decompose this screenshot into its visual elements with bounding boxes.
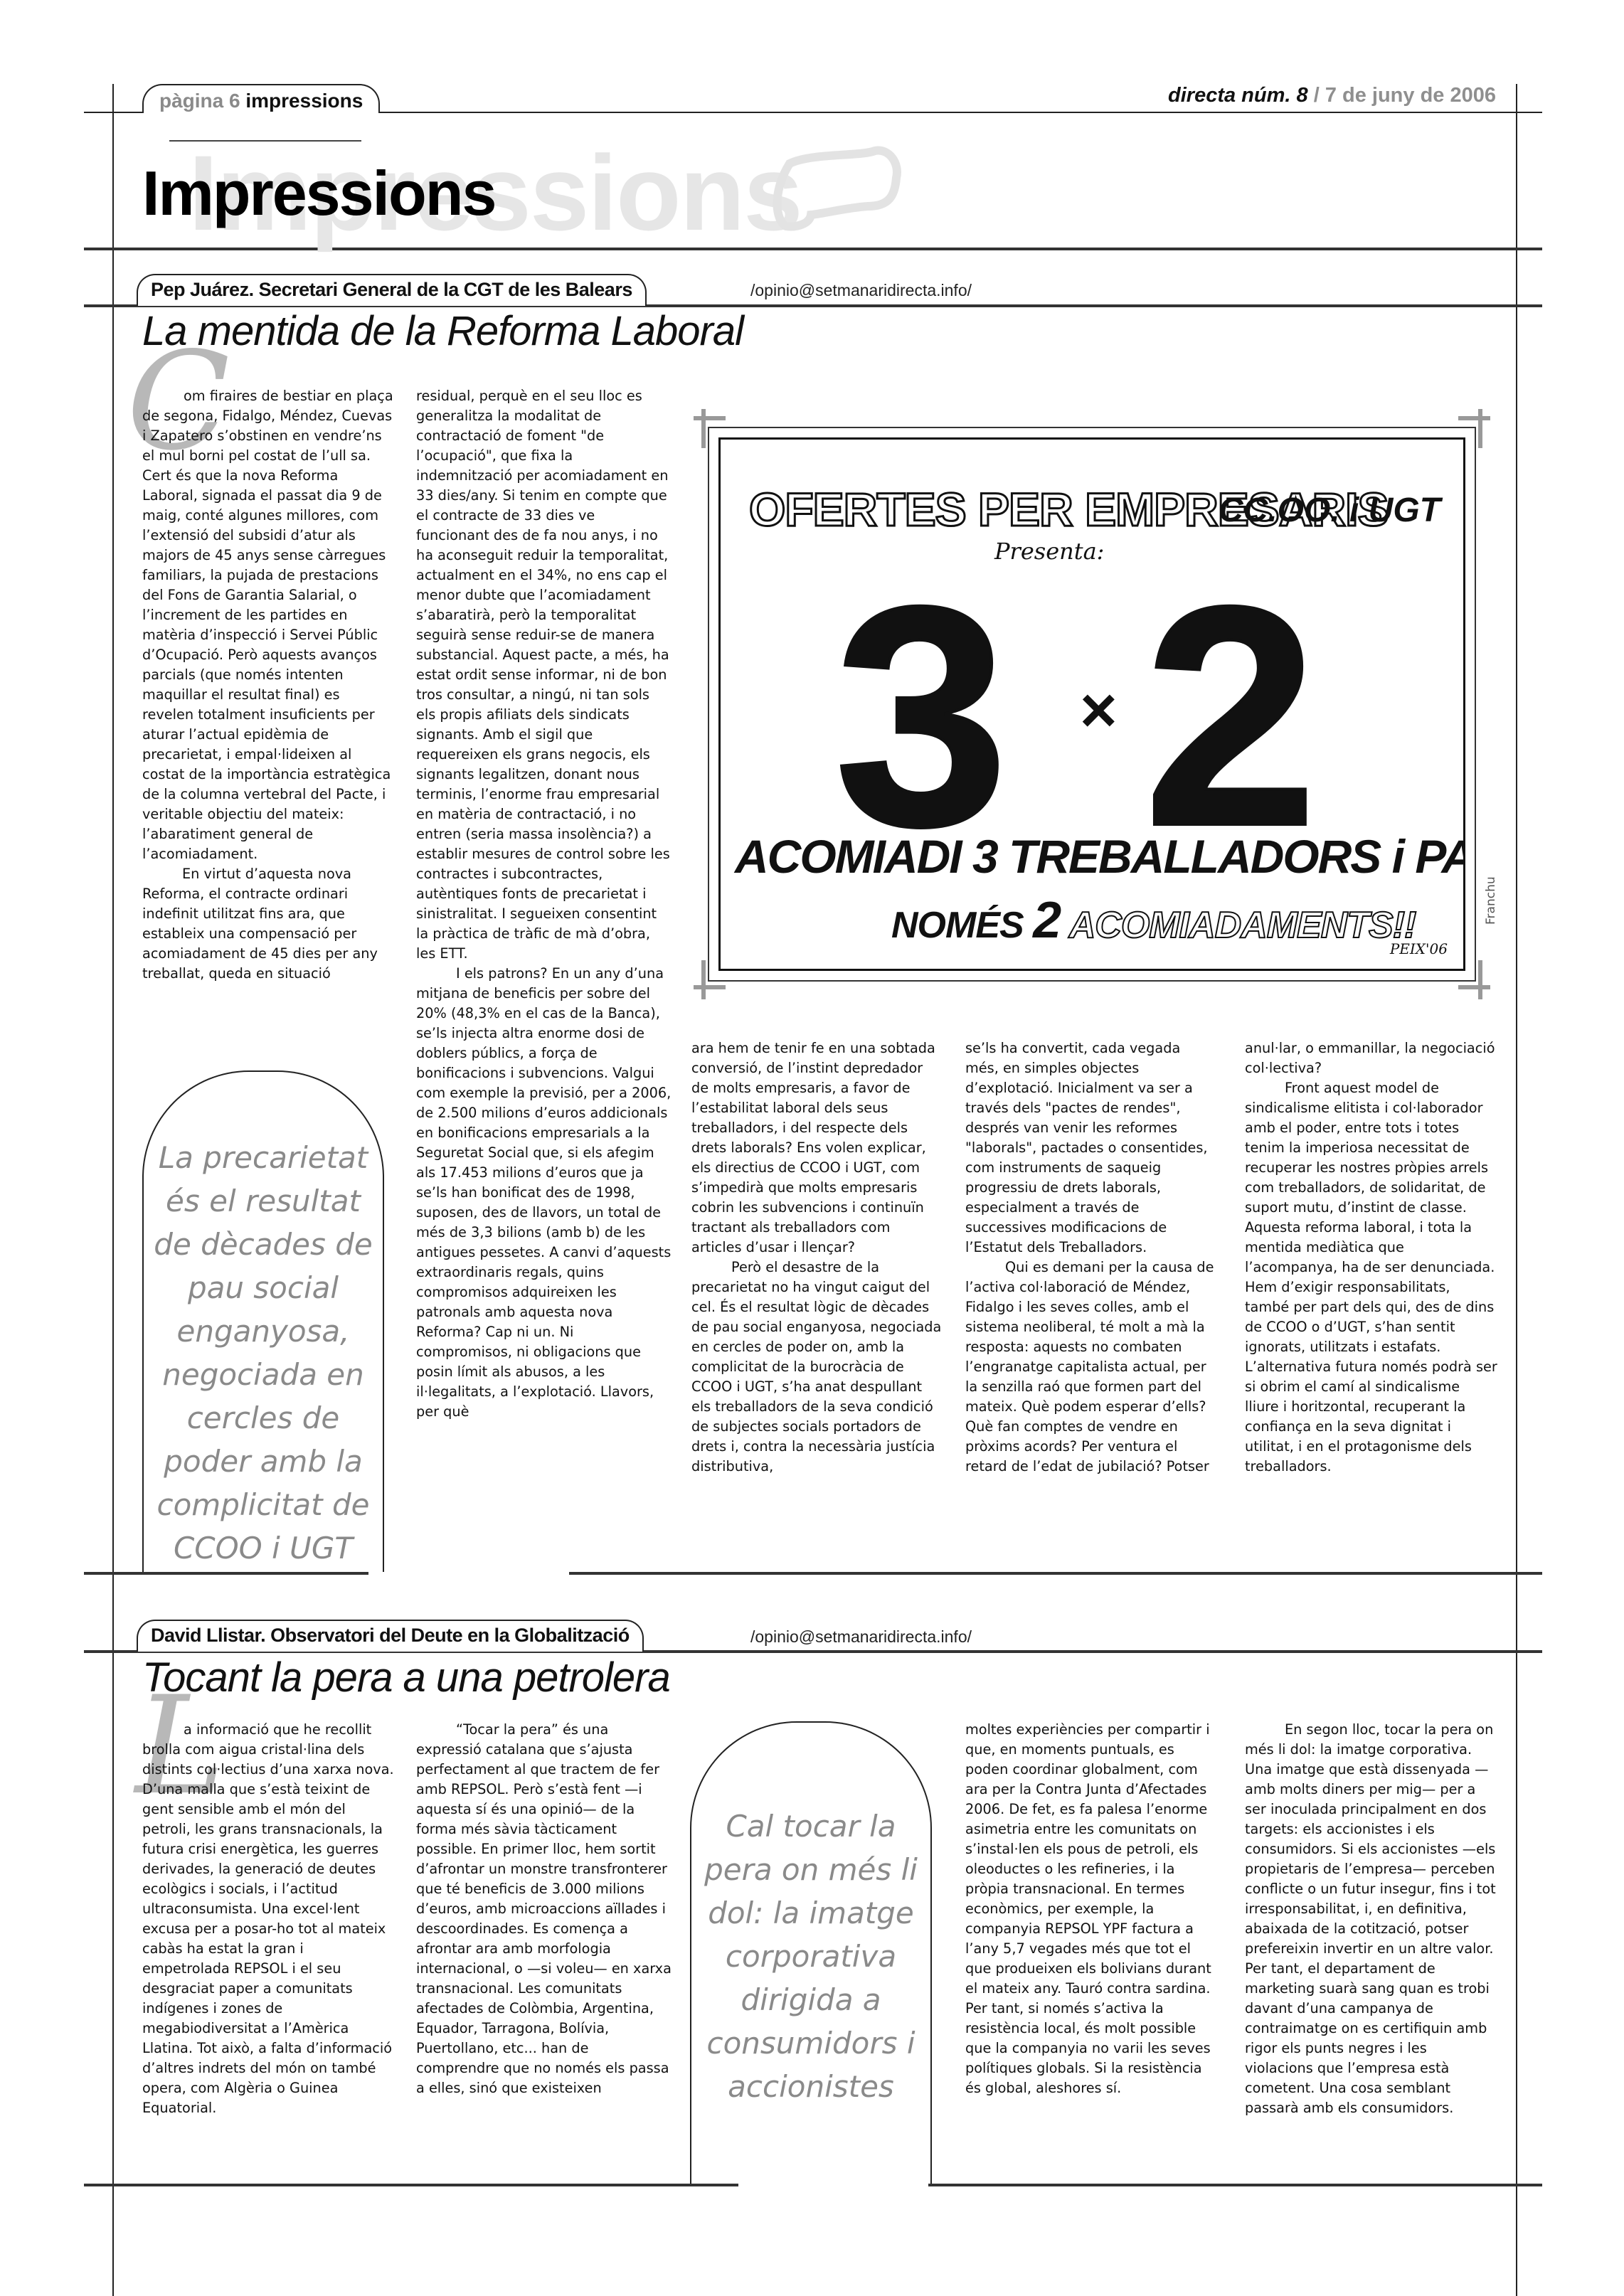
paragraph: om firaires de bestiar en plaça de segon… (142, 386, 395, 864)
article1-column-4: se’ls ha convertit, cada vegada més, en … (965, 1038, 1218, 1477)
article2-column-2: “Tocar la pera” és una expressió catalan… (416, 1720, 672, 2098)
pullquote-text: Cal tocar la pera on més li dol: la imat… (691, 1805, 930, 2108)
paragraph: anul·lar, o emmanillar, la negociació co… (1245, 1038, 1497, 1078)
article1-email-link[interactable]: /opinio@setmanaridirecta.info/ (750, 281, 972, 300)
cartoon-unions: CC.OO. i UGT (1219, 491, 1440, 530)
article1-column-5: anul·lar, o emmanillar, la negociació co… (1245, 1038, 1497, 1477)
section-title: Impressions (142, 162, 495, 225)
cartoon-credit: Franchu (1484, 876, 1498, 925)
publication-name: directa núm. 8 (1168, 84, 1308, 107)
section-label: impressions (245, 90, 363, 112)
registration-mark (1478, 960, 1482, 999)
cartoon-3x2: OFERTES PER EMPRESARIS CC.OO. i UGT Pres… (718, 437, 1465, 971)
registration-mark (694, 416, 726, 420)
paragraph: residual, perquè en el seu lloc es gener… (416, 386, 672, 964)
article2-email-link[interactable]: /opinio@setmanaridirecta.info/ (750, 1627, 972, 1647)
paragraph: se’ls ha convertit, cada vegada més, en … (965, 1038, 1218, 1258)
article2-bottom-rule-right (928, 2184, 1542, 2186)
pullquote-text: La precarietat és el resultat de dècades… (144, 1136, 383, 1570)
registration-mark (701, 409, 706, 448)
paragraph: a informació que he recollit brolla com … (142, 1720, 395, 2118)
article1-column-3: ara hem de tenir fe en una sobtada conve… (691, 1038, 944, 1477)
article1-column-2: residual, perquè en el seu lloc es gener… (416, 386, 672, 1422)
article2-column-1: a informació que he recollit brolla com … (142, 1720, 395, 2118)
paragraph: En segon lloc, tocar la pera on més li d… (1245, 1720, 1497, 2118)
registration-mark (1458, 416, 1490, 420)
paragraph: moltes experiències per compartir i que,… (965, 1720, 1218, 2098)
article1-bottom-rule-right (569, 1572, 1542, 1575)
cartoon-caption-line1: ACOMIADI 3 TREBALLADORS i PAGUI (735, 829, 1465, 883)
registration-mark (701, 960, 706, 999)
article1-headline: La mentida de la Reforma Laboral (142, 307, 743, 355)
article1-byline: Pep Juárez. Secretari General de la CGT … (151, 275, 632, 304)
article2-pullquote: Cal tocar la pera on més li dol: la imat… (690, 1721, 932, 2184)
article2-byline-tab: David Llistar. Observatori del Deute en … (137, 1620, 644, 1652)
issue-date: / 7 de juny de 2006 (1314, 84, 1496, 107)
page-number: pàgina 6 (159, 90, 240, 112)
cartoon-caption-line2: NOMÉS 2 ACOMIADAMENTS!! (891, 891, 1416, 950)
article2-column-3: moltes experiències per compartir i que,… (965, 1720, 1218, 2098)
article2-bottom-rule-left (84, 2184, 738, 2186)
article2-byline: David Llistar. Observatori del Deute en … (151, 1621, 630, 1649)
speech-bubble-icon (768, 135, 911, 235)
paragraph: “Tocar la pera” és una expressió catalan… (416, 1720, 672, 2098)
article1-byline-tab: Pep Juárez. Secretari General de la CGT … (137, 274, 647, 306)
registration-mark (1478, 409, 1482, 448)
paragraph: Front aquest model de sindicalisme eliti… (1245, 1078, 1497, 1477)
paragraph: Però el desastre de la precarietat no ha… (691, 1258, 944, 1477)
article2-column-4: En segon lloc, tocar la pera on més li d… (1245, 1720, 1497, 2118)
article1-pullquote: La precarietat és el resultat de dècades… (142, 1070, 384, 1572)
right-margin-rule (1516, 84, 1517, 2296)
registration-mark (694, 985, 726, 989)
issue-info: directa núm. 8 / 7 de juny de 2006 (1168, 84, 1496, 107)
paragraph: Qui es demani per la causa de l’activa c… (965, 1258, 1218, 1477)
cartoon-signature: PEIX'06 (1390, 940, 1448, 957)
article1-bottom-rule-left (84, 1572, 368, 1575)
article1-column-1: om firaires de bestiar en plaça de segon… (142, 386, 395, 984)
left-margin-rule (112, 84, 114, 2296)
registration-mark (1458, 985, 1490, 989)
paragraph: ara hem de tenir fe en una sobtada conve… (691, 1038, 944, 1258)
page-section-tab: pàgina 6 impressions (142, 84, 380, 113)
paragraph: En virtut d’aquesta nova Reforma, el con… (142, 864, 395, 984)
paragraph: I els patrons? En un any d’una mitjana d… (416, 964, 672, 1422)
cartoon-times-sign: × (1080, 674, 1118, 748)
